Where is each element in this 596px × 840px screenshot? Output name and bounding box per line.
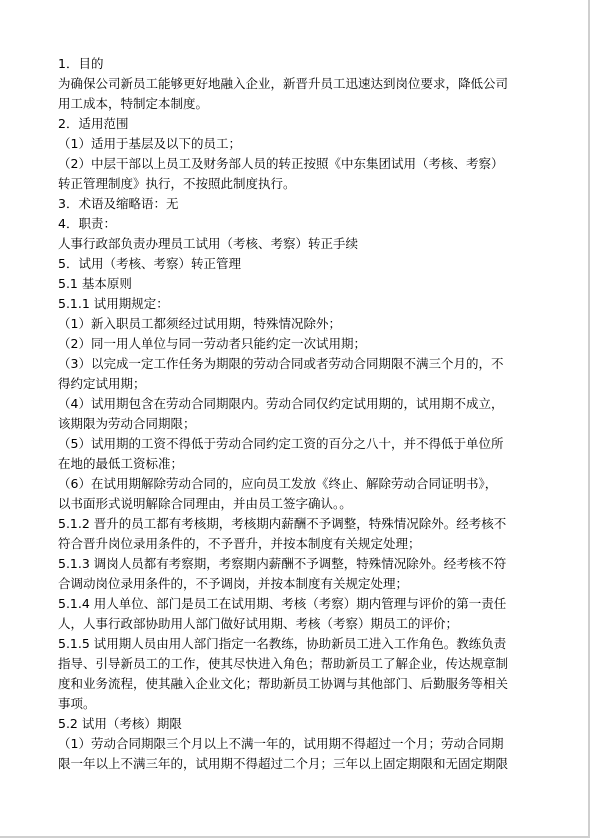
- document-line: 得约定试用期；: [58, 374, 534, 394]
- document-line: 转正管理制度》执行，不按照此制度执行。: [58, 174, 534, 194]
- document-line: （6）在试用期解除劳动合同的，应向员工发放《终止、解除劳动合同证明书》，: [58, 474, 534, 494]
- document-line: 用工成本，特制定本制度。: [58, 94, 534, 114]
- document-line: （4）试用期包含在劳动合同期限内。劳动合同仅约定试用期的，试用期不成立，: [58, 394, 534, 414]
- document-line: 2．适用范围: [58, 114, 534, 134]
- document-line: 指导、引导新员工的工作，使其尽快进入角色；帮助新员工了解企业，传达规章制: [58, 654, 534, 674]
- document-line: （5）试用期的工资不得低于劳动合同约定工资的百分之八十，并不得低于单位所: [58, 434, 534, 454]
- document-line: （1）新入职员工都须经过试用期，特殊情况除外；: [58, 314, 534, 334]
- document-line: （1）劳动合同期限三个月以上不满一年的，试用期不得超过一个月；劳动合同期: [58, 734, 534, 754]
- document-content: 1．目的为确保公司新员工能够更好地融入企业，新晋升员工迅速达到岗位要求，降低公司…: [58, 54, 534, 774]
- document-line: 5.1.3 调岗人员都有考察期，考察期内薪酬不予调整，特殊情况除外。经考核不符: [58, 554, 534, 574]
- document-line: 5.1.2 晋升的员工都有考核期，考核期内薪酬不予调整，特殊情况除外。经考核不: [58, 514, 534, 534]
- document-line: 5.2 试用（考核）期限: [58, 714, 534, 734]
- document-line: 符合晋升岗位录用条件的，不予晋升，并按本制度有关规定处理；: [58, 534, 534, 554]
- document-line: 5．试用（考核、考察）转正管理: [58, 254, 534, 274]
- document-line: （2）同一用人单位与同一劳动者只能约定一次试用期；: [58, 334, 534, 354]
- document-line: 5.1 基本原则: [58, 274, 534, 294]
- document-line: 合调动岗位录用条件的，不予调岗，并按本制度有关规定处理；: [58, 574, 534, 594]
- document-line: 1．目的: [58, 54, 534, 74]
- document-line: 在地的最低工资标准；: [58, 454, 534, 474]
- document-line: 度和业务流程，使其融入企业文化；帮助新员工协调与其他部门、后勤服务等相关: [58, 674, 534, 694]
- document-line: （1）适用于基层及以下的员工；: [58, 134, 534, 154]
- document-line: 5.1.4 用人单位、部门是员工在试用期、考核（考察）期内管理与评价的第一责任: [58, 594, 534, 614]
- document-line: 事项。: [58, 694, 534, 714]
- document-line: 该期限为劳动合同期限；: [58, 414, 534, 434]
- document-line: 以书面形式说明解除合同理由，并由员工签字确认。。: [58, 494, 534, 514]
- document-page: 1．目的为确保公司新员工能够更好地融入企业，新晋升员工迅速达到岗位要求，降低公司…: [0, 0, 590, 838]
- document-line: 4．职责：: [58, 214, 534, 234]
- document-line: （3）以完成一定工作任务为期限的劳动合同或者劳动合同期限不满三个月的，不: [58, 354, 534, 374]
- document-line: 人事行政部负责办理员工试用（考核、考察）转正手续: [58, 234, 534, 254]
- document-line: 3．术语及缩略语：无: [58, 194, 534, 214]
- document-line: （2）中层干部以上员工及财务部人员的转正按照《中东集团试用（考核、考察）: [58, 154, 534, 174]
- document-line: 限一年以上不满三年的，试用期不得超过二个月；三年以上固定期限和无固定期限: [58, 754, 534, 774]
- document-line: 5.1.5 试用期人员由用人部门指定一名教练，协助新员工进入工作角色。教练负责: [58, 634, 534, 654]
- document-line: 5.1.1 试用期规定：: [58, 294, 534, 314]
- document-line: 为确保公司新员工能够更好地融入企业，新晋升员工迅速达到岗位要求，降低公司: [58, 74, 534, 94]
- document-line: 人，人事行政部协助用人部门做好试用期、考核（考察）期员工的评价；: [58, 614, 534, 634]
